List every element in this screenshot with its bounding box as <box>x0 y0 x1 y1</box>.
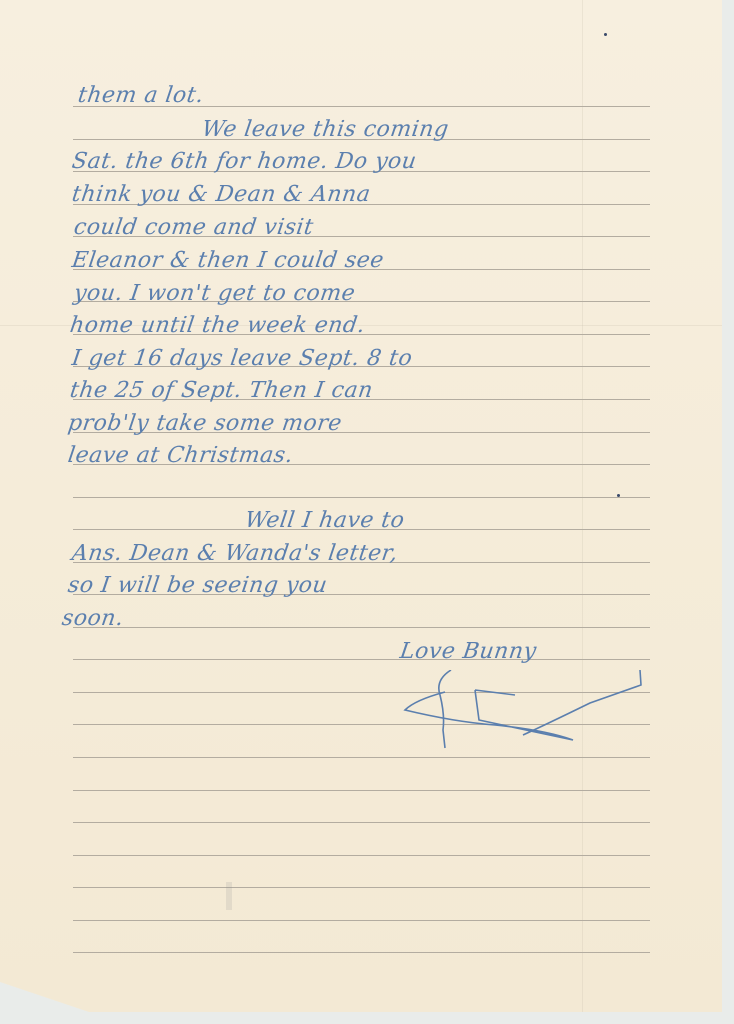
letter-line: think you & Dean & Anna <box>70 183 372 207</box>
ruled-line <box>73 952 650 953</box>
ruled-line <box>73 497 650 498</box>
fold-crease <box>582 0 583 1012</box>
letter-line: leave at Christmas. <box>66 444 294 468</box>
letter-line: I get 16 days leave Sept. 8 to <box>70 347 414 371</box>
ink-spot <box>604 33 607 36</box>
letter-line: Well I have to <box>243 509 406 533</box>
letter-line: so I will be seeing you <box>66 574 329 598</box>
ink-spot <box>617 494 620 497</box>
pencil-smudge <box>226 882 232 910</box>
letter-closing: Love Bunny <box>398 640 538 664</box>
ruled-line <box>73 887 650 888</box>
letter-line: Eleanor & then I could see <box>70 249 385 273</box>
ruled-line <box>73 920 650 921</box>
letter-line: Sat. the 6th for home. Do you <box>70 150 418 174</box>
letter-line: them a lot. <box>76 84 205 108</box>
letter-line: could come and visit <box>72 216 315 240</box>
ruled-line <box>73 627 650 628</box>
letter-line: you. I won't get to come <box>72 282 356 306</box>
letter-line: Ans. Dean & Wanda's letter, <box>70 542 399 566</box>
ruled-line <box>73 855 650 856</box>
letter-line: home until the week end. <box>68 314 366 338</box>
signature-flourish-icon <box>395 670 655 760</box>
letter-line: We leave this coming <box>200 118 450 142</box>
ruled-line <box>73 822 650 823</box>
ruled-line <box>73 790 650 791</box>
ruled-line <box>73 659 650 660</box>
letter-line: soon. <box>60 607 125 631</box>
letter-paper: them a lot. We leave this coming Sat. th… <box>0 0 722 1012</box>
letter-line: the 25 of Sept. Then I can <box>68 379 374 403</box>
letter-line: prob'ly take some more <box>66 412 343 436</box>
